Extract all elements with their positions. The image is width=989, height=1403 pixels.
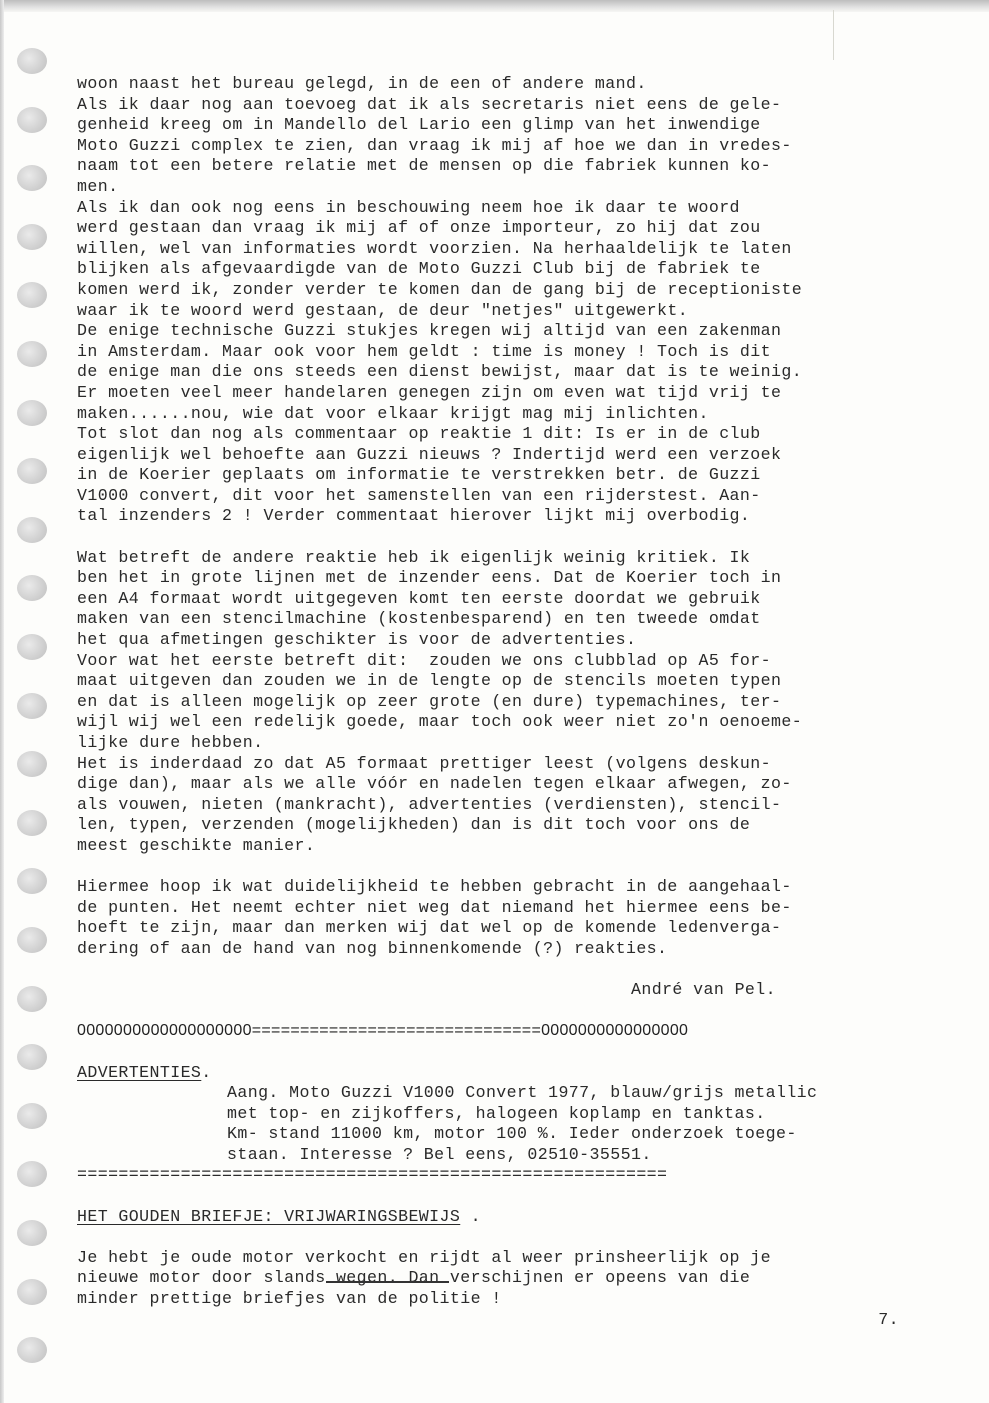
- text-line: in de Koerier geplaats om informatie te …: [77, 465, 957, 486]
- section-heading: HET GOUDEN BRIEFJE: VRIJWARINGSBEWIJS .: [77, 1207, 957, 1228]
- punch-hole: [17, 575, 47, 601]
- text-line: blijken als afgevaardigde van de Moto Gu…: [77, 259, 957, 280]
- spacer: [77, 1042, 957, 1063]
- text-line: Hiermee hoop ik wat duidelijkheid te heb…: [77, 877, 957, 898]
- punch-hole: [17, 282, 47, 308]
- document-body: woon naast het bureau gelegd, in de een …: [77, 74, 957, 1330]
- punch-hole: [17, 1220, 47, 1246]
- spacer: [77, 1227, 957, 1248]
- punch-hole: [17, 517, 47, 543]
- text-line: V1000 convert, dit voor het samenstellen…: [77, 486, 957, 507]
- punch-hole: [17, 927, 47, 953]
- text-line: Het is inderdaad zo dat A5 formaat prett…: [77, 754, 957, 775]
- paragraph-4: Je hebt je oude motor verkocht en rijdt …: [77, 1248, 957, 1310]
- text-line: de enige man die ons steeds een dienst b…: [77, 362, 957, 383]
- section-heading-suffix: .: [460, 1207, 481, 1226]
- text-line: Voor wat het eerste betreft dit: zouden …: [77, 651, 957, 672]
- paper-fold-mark: [833, 10, 834, 60]
- text-line: de punten. Het neemt echter niet weg dat…: [77, 898, 957, 919]
- ads-heading-suffix: .: [201, 1063, 211, 1082]
- text-line: maken......nou, wie dat voor elkaar krij…: [77, 404, 957, 425]
- punch-hole: [17, 224, 47, 250]
- spacer: [77, 960, 957, 981]
- text-line: staan. Interesse ? Bel eens, 02510-35551…: [227, 1145, 957, 1166]
- punch-hole: [17, 165, 47, 191]
- text-line: maat uitgeven dan zouden we in de lengte…: [77, 671, 957, 692]
- text-line: Je hebt je oude motor verkocht en rijdt …: [77, 1248, 957, 1269]
- punch-hole: [17, 400, 47, 426]
- text-line: een A4 formaat wordt uitgegeven komt ten…: [77, 589, 957, 610]
- scan-left-edge: [0, 0, 4, 1403]
- punch-hole: [17, 341, 47, 367]
- text-line: maken van een stencilmachine (kostenbesp…: [77, 609, 957, 630]
- text-line: hoeft te zijn, maar dan merken wij dat w…: [77, 918, 957, 939]
- text-line: Als ik daar nog aan toevoeg dat ik als s…: [77, 95, 957, 116]
- punch-hole: [17, 1044, 47, 1070]
- text-line: als vouwen, nieten (mankracht), adverten…: [77, 795, 957, 816]
- spacer: [77, 1186, 957, 1207]
- text-line: in Amsterdam. Maar ook voor hem geldt : …: [77, 342, 957, 363]
- spacer: [77, 1001, 957, 1022]
- punch-hole: [17, 107, 47, 133]
- punch-hole: [17, 48, 47, 74]
- punch-hole: [17, 810, 47, 836]
- text-line: eigenlijk wel behoefte aan Guzzi nieuws …: [77, 445, 957, 466]
- text-line: Moto Guzzi complex te zien, dan vraag ik…: [77, 136, 957, 157]
- text-line: minder prettige briefjes van de politie …: [77, 1289, 957, 1310]
- text-line: wijl wij wel een redelijk goede, maar to…: [77, 712, 957, 733]
- text-line: Als ik dan ook nog eens in beschouwing n…: [77, 198, 957, 219]
- text-line: naam tot een betere relatie met de mense…: [77, 156, 957, 177]
- spacer: [77, 527, 957, 548]
- separator-line-2: ========================================…: [77, 1165, 957, 1186]
- punch-hole: [17, 868, 47, 894]
- punch-hole: [17, 634, 47, 660]
- page-number: 7.: [77, 1310, 957, 1331]
- text-line: dering of aan de hand van nog binnenkome…: [77, 939, 957, 960]
- text-line: Tot slot dan nog als commentaar op reakt…: [77, 424, 957, 445]
- advertisement: Aang. Moto Guzzi V1000 Convert 1977, bla…: [77, 1083, 957, 1165]
- text-line: meest geschikte manier.: [77, 836, 957, 857]
- section-heading-text: HET GOUDEN BRIEFJE: VRIJWARINGSBEWIJS: [77, 1207, 460, 1226]
- text-line: het qua afmetingen geschikter is voor de…: [77, 630, 957, 651]
- text-line: Km- stand 11000 km, motor 100 %. Ieder o…: [227, 1124, 957, 1145]
- punch-hole: [17, 1161, 47, 1187]
- text-line: ben het in grote lijnen met de inzender …: [77, 568, 957, 589]
- text-line: en dat is alleen mogelijk op zeer grote …: [77, 692, 957, 713]
- text-line: waar ik te woord werd gestaan, de deur "…: [77, 301, 957, 322]
- separator-line: 0000000000000000000=====================…: [77, 1021, 957, 1042]
- paragraph-1: woon naast het bureau gelegd, in de een …: [77, 74, 957, 527]
- text-line: len, typen, verzenden (mogelijkheden) da…: [77, 815, 957, 836]
- scan-top-edge: [0, 0, 989, 12]
- signature: André van Pel.: [77, 980, 957, 1001]
- punch-hole: [17, 1103, 47, 1129]
- text-line: De enige technische Guzzi stukjes kregen…: [77, 321, 957, 342]
- text-line: genheid kreeg om in Mandello del Lario e…: [77, 115, 957, 136]
- paragraph-2: Wat betreft de andere reaktie heb ik eig…: [77, 548, 957, 857]
- text-line: Wat betreft de andere reaktie heb ik eig…: [77, 548, 957, 569]
- punch-hole: [17, 1279, 47, 1305]
- punch-hole: [17, 1337, 47, 1363]
- text-line: men.: [77, 177, 957, 198]
- text-line: met top- en zijkoffers, halogeen koplamp…: [227, 1104, 957, 1125]
- heading-double-underline: [326, 1281, 449, 1283]
- text-line: woon naast het bureau gelegd, in de een …: [77, 74, 957, 95]
- text-line: Er moeten veel meer handelaren genegen z…: [77, 383, 957, 404]
- text-line: tal inzenders 2 ! Verder commentaat hier…: [77, 506, 957, 527]
- text-line: nieuwe motor door slands wegen. Dan vers…: [77, 1268, 957, 1289]
- text-line: dige dan), maar als we alle vóór en nade…: [77, 774, 957, 795]
- punch-hole: [17, 458, 47, 484]
- ads-heading: ADVERTENTIES.: [77, 1063, 957, 1084]
- paragraph-3: Hiermee hoop ik wat duidelijkheid te heb…: [77, 877, 957, 959]
- punch-hole: [17, 986, 47, 1012]
- ads-heading-text: ADVERTENTIES: [77, 1063, 201, 1082]
- text-line: werd gestaan dan vraag ik mij af of onze…: [77, 218, 957, 239]
- punch-hole: [17, 751, 47, 777]
- text-line: komen werd ik, zonder verder te komen da…: [77, 280, 957, 301]
- spacer: [77, 857, 957, 878]
- punch-hole: [17, 693, 47, 719]
- text-line: lijke dure hebben.: [77, 733, 957, 754]
- text-line: Aang. Moto Guzzi V1000 Convert 1977, bla…: [227, 1083, 957, 1104]
- text-line: willen, wel van informaties wordt voorzi…: [77, 239, 957, 260]
